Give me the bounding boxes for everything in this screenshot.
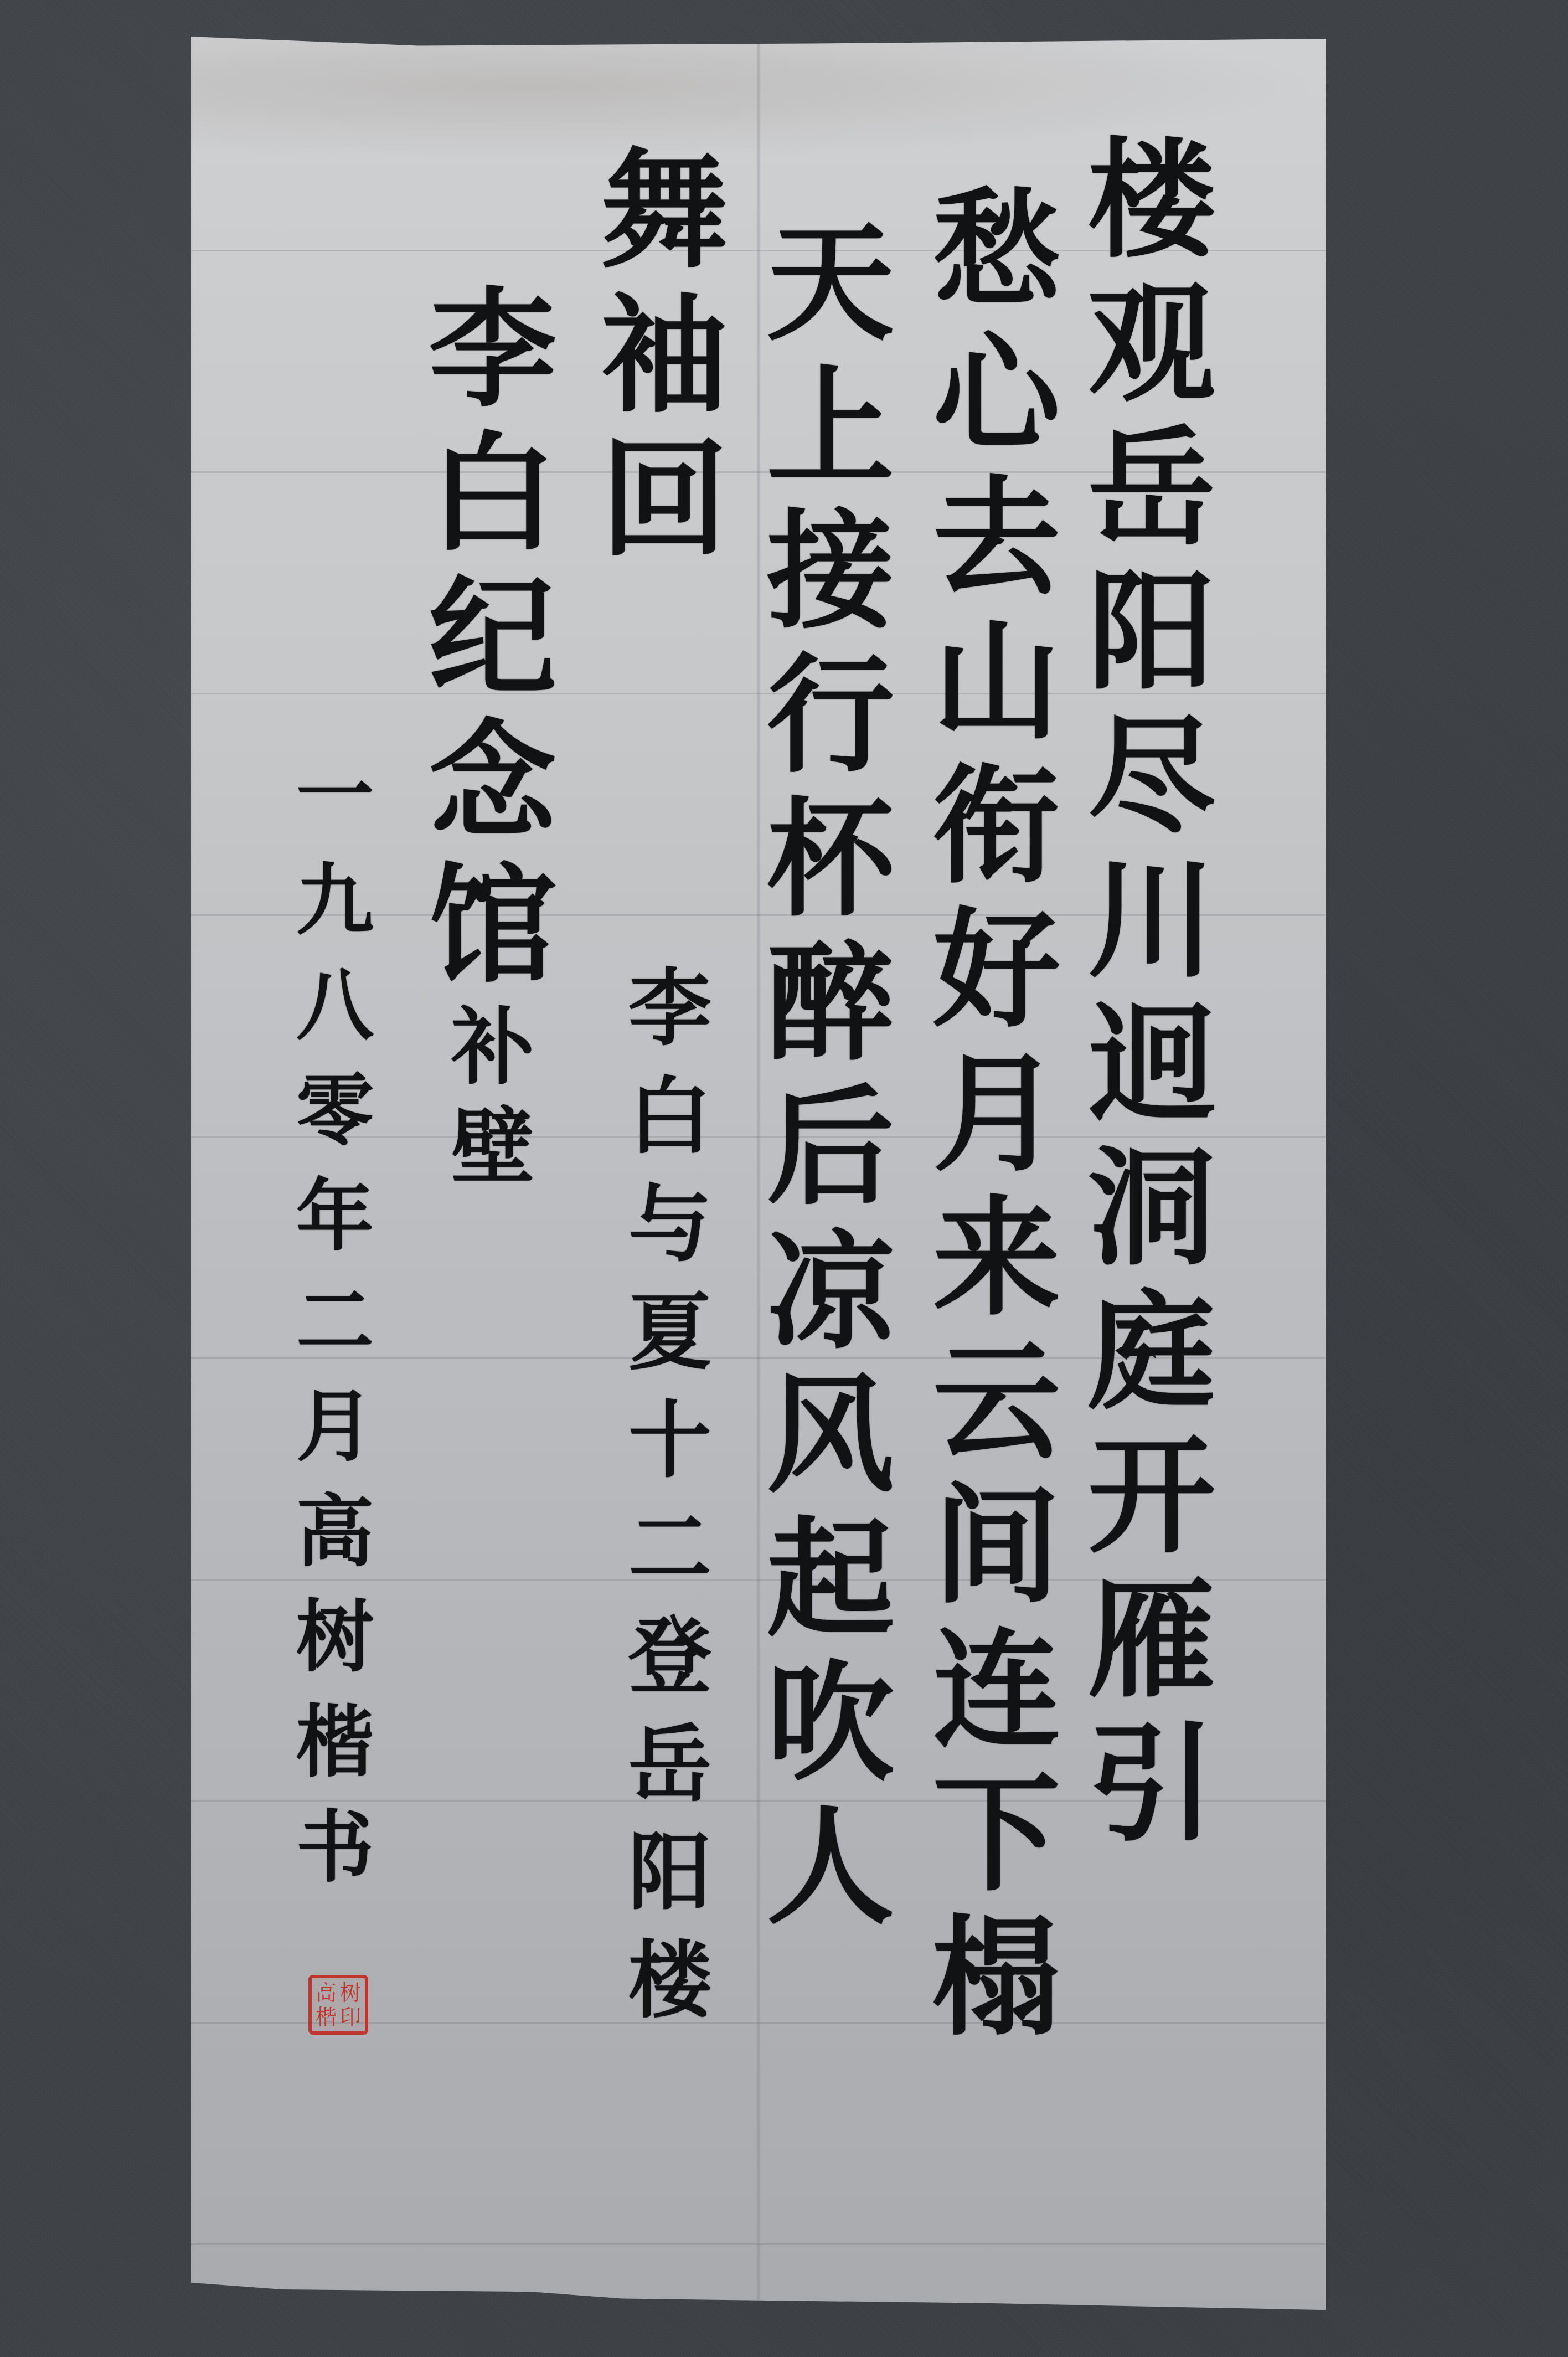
character: 袖 <box>601 291 728 419</box>
character: 月 <box>933 1050 1060 1177</box>
character: 十 <box>628 1399 711 1482</box>
character: 心 <box>933 330 1060 457</box>
character: 风 <box>767 1371 894 1499</box>
poem-column-3: 天 上 接 行 杯 醉 后 凉 风 起 吹 人 <box>767 219 894 1947</box>
character: 起 <box>767 1515 894 1643</box>
character: 李 <box>628 967 711 1050</box>
character: 上 <box>767 363 894 491</box>
character: 愁 <box>933 186 1060 313</box>
character: 好 <box>933 906 1060 1033</box>
character: 念 <box>429 718 556 845</box>
character: 登 <box>628 1615 711 1698</box>
character: 高 <box>296 1493 374 1571</box>
character: 凉 <box>767 1227 894 1355</box>
character: 行 <box>767 651 894 779</box>
character: 月 <box>296 1388 374 1465</box>
character: 榻 <box>933 1914 1060 2041</box>
character: 纪 <box>429 574 556 701</box>
character: 后 <box>767 1083 894 1211</box>
character: 年 <box>296 1177 374 1255</box>
poem-column-2: 愁 心 去 山 衔 好 月 来 云 间 连 下 榻 <box>933 186 1060 2058</box>
character: 人 <box>767 1803 894 1931</box>
dedication-column: 李 白 纪 念 馆 补 壁 <box>429 286 556 1205</box>
character: 舞 <box>601 147 728 275</box>
character: 楼 <box>1088 136 1215 264</box>
character: 观 <box>1088 280 1215 408</box>
character: 书 <box>296 1809 374 1886</box>
date-signature-column: 一 九 八 零 年 二 月 高 树 楷 书 <box>296 756 374 1914</box>
character: 迥 <box>1088 1000 1215 1128</box>
character: 夏 <box>628 1291 711 1374</box>
seal-character: 楷 <box>314 2005 338 2029</box>
poem-column-1: 楼 观 岳 阳 尽 川 迥 洞 庭 开 雁 引 <box>1088 136 1215 1864</box>
red-seal-stamp: 高 树 楷 印 <box>308 1975 368 2035</box>
character: 与 <box>628 1183 711 1266</box>
character: 接 <box>767 507 894 635</box>
character: 八 <box>296 967 374 1044</box>
character: 尽 <box>1088 712 1215 840</box>
character: 一 <box>296 756 374 834</box>
character: 雁 <box>1088 1576 1215 1704</box>
character: 楷 <box>296 1704 374 1781</box>
character: 庭 <box>1088 1288 1215 1416</box>
character: 白 <box>628 1075 711 1158</box>
character: 来 <box>933 1194 1060 1321</box>
character: 回 <box>601 435 728 563</box>
character: 吹 <box>767 1659 894 1787</box>
character: 树 <box>296 1598 374 1676</box>
character: 衔 <box>933 762 1060 889</box>
character: 二 <box>628 1507 711 1590</box>
calligraphy-scroll: 楼 观 岳 阳 尽 川 迥 洞 庭 开 雁 引 愁 心 去 山 衔 好 月 来 … <box>191 37 1326 2324</box>
poem-column-4: 舞 袖 回 <box>601 147 728 579</box>
character: 连 <box>933 1626 1060 1753</box>
character: 杯 <box>767 795 894 923</box>
character: 去 <box>933 474 1060 601</box>
character: 二 <box>296 1283 374 1360</box>
character: 阳 <box>628 1831 711 1914</box>
character: 醉 <box>767 939 894 1067</box>
character: 山 <box>933 618 1060 745</box>
character: 引 <box>1088 1720 1215 1847</box>
character: 开 <box>1088 1432 1215 1560</box>
character: 李 <box>429 286 556 413</box>
character: 馆 <box>429 862 556 989</box>
character: 间 <box>933 1482 1060 1609</box>
character: 补 <box>451 1006 534 1089</box>
character: 下 <box>933 1770 1060 1897</box>
character: 天 <box>767 219 894 347</box>
title-column: 李 白 与 夏 十 二 登 岳 阳 楼 <box>628 967 711 2047</box>
character: 零 <box>296 1072 374 1150</box>
seal-character: 印 <box>338 2005 363 2029</box>
character: 阳 <box>1088 568 1215 696</box>
character: 岳 <box>1088 424 1215 552</box>
seal-character: 树 <box>338 1980 363 2005</box>
character: 川 <box>1088 856 1215 984</box>
character: 壁 <box>451 1105 534 1188</box>
character: 九 <box>296 862 374 939</box>
seal-character: 高 <box>314 1980 338 2005</box>
character: 云 <box>933 1338 1060 1465</box>
character: 楼 <box>628 1939 711 2022</box>
character: 岳 <box>628 1723 711 1806</box>
character: 白 <box>429 430 556 557</box>
character: 洞 <box>1088 1144 1215 1272</box>
